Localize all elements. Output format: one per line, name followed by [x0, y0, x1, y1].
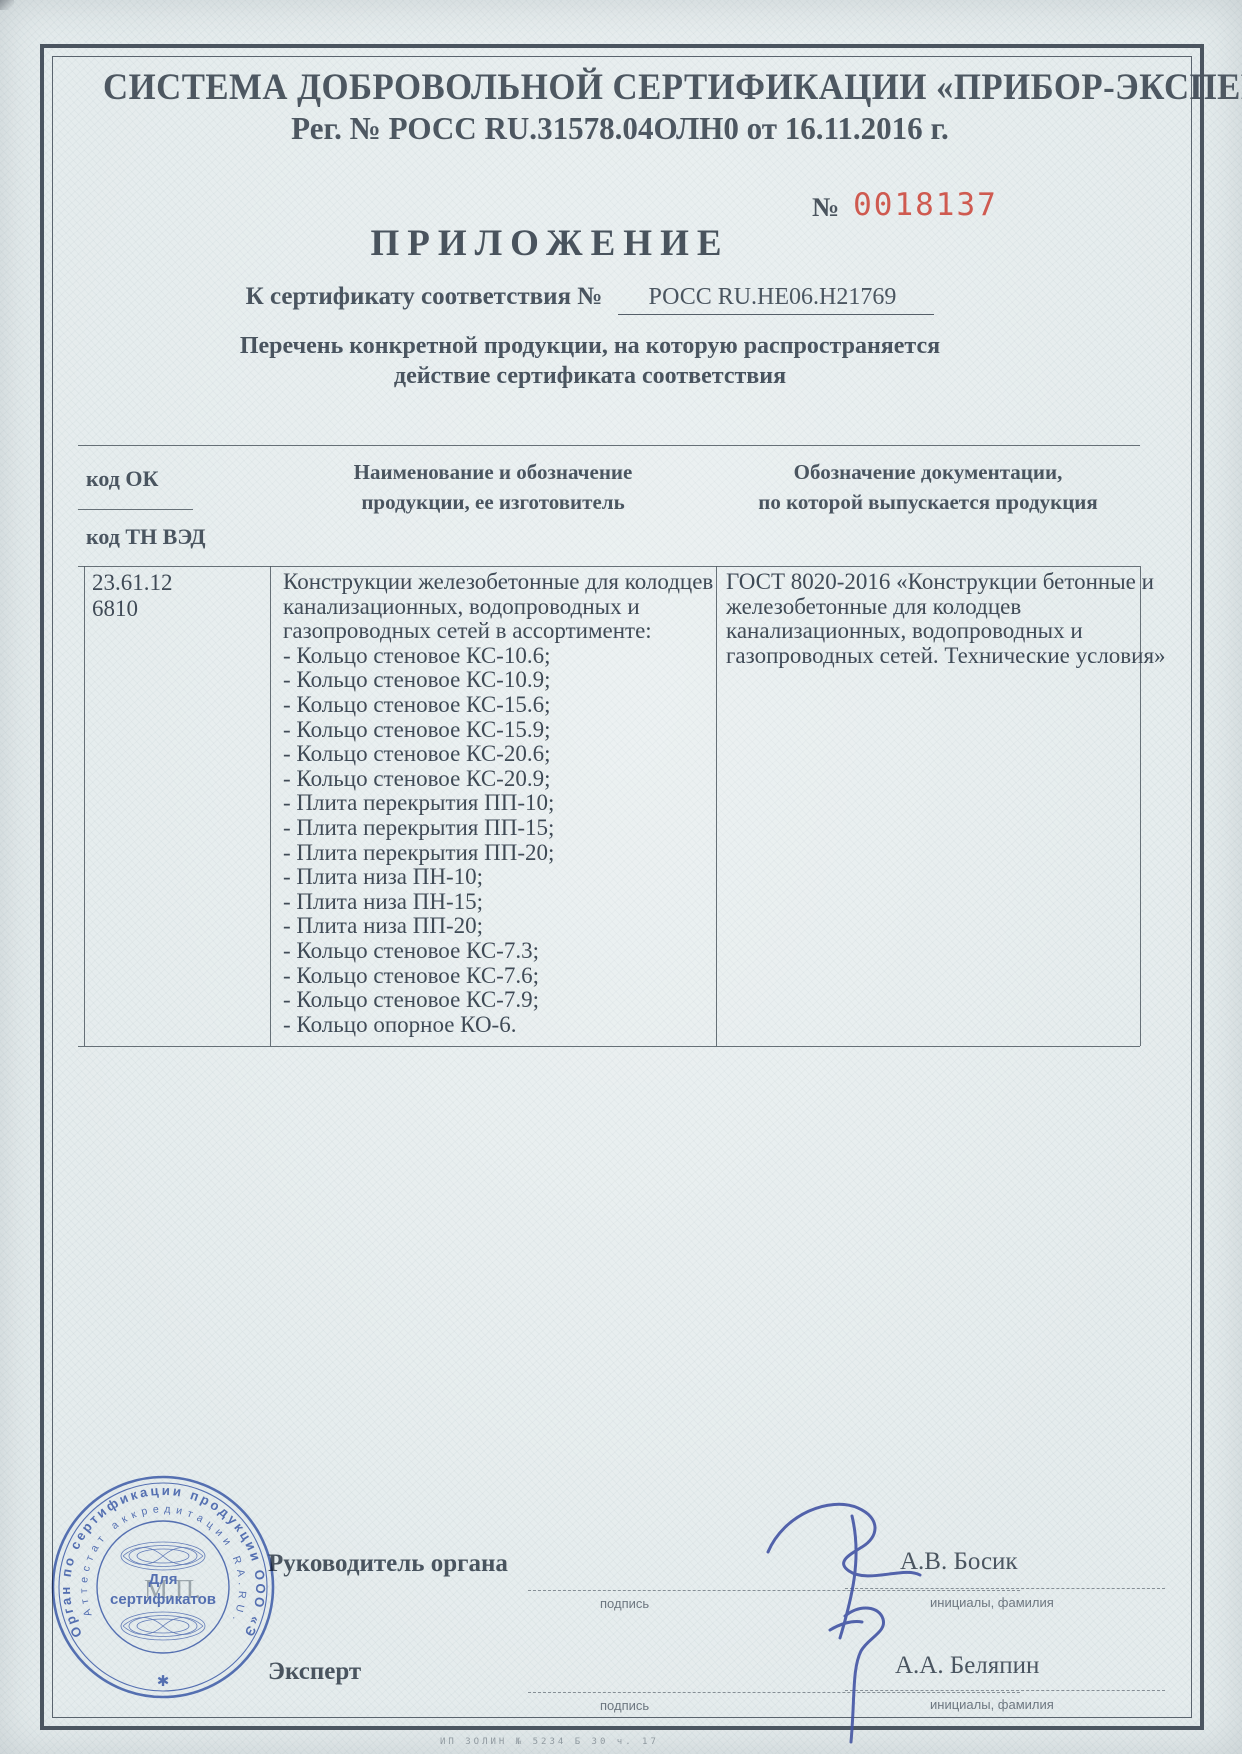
product-item: - Кольцо стеновое КС-7.6; — [283, 964, 713, 989]
product-item: - Плита низа ПН-15; — [283, 890, 713, 915]
col2-header-line2: продукции, ее изготовитель — [270, 490, 716, 515]
product-intro-line: канализационных, водопроводных и — [283, 595, 713, 620]
product-item: - Плита перекрытия ПП-10; — [283, 791, 713, 816]
product-item: - Плита перекрытия ПП-20; — [283, 841, 713, 866]
certificate-page: СИСТЕМА ДОБРОВОЛЬНОЙ СЕРТИФИКАЦИИ «ПРИБО… — [0, 0, 1242, 1754]
product-item: - Кольцо стеновое КС-20.9; — [283, 767, 713, 792]
product-description: Конструкции железобетонные для колодцевк… — [283, 570, 713, 1037]
col1-header-bottom: код ТН ВЭД — [86, 524, 206, 550]
product-item: - Кольцо стеновое КС-7.3; — [283, 939, 713, 964]
stamp-outer-ring-text: Орган по сертификации продукции ООО «Экс… — [48, 1468, 268, 1640]
documentation-line: газопроводных сетей. Технические условия… — [726, 644, 1166, 669]
head-signature-stroke — [768, 1504, 920, 1576]
table-divider-1 — [270, 566, 271, 1046]
stamp-center-line2: сертификатов — [110, 1591, 216, 1608]
certificate-reference-label: К сертификату соответствия № — [246, 283, 603, 310]
stamp-rosette-bottom — [121, 1612, 205, 1640]
product-item: - Кольцо стеновое КС-7.9; — [283, 988, 713, 1013]
product-item: - Плита низа ПП-20; — [283, 914, 713, 939]
code-tnved-value: 6810 — [92, 596, 138, 622]
scan-corner-artifact — [0, 0, 14, 10]
product-item: - Кольцо стеновое КС-15.6; — [283, 693, 713, 718]
certificate-reference: К сертификату соответствия №РОСС RU.НЕ06… — [40, 283, 1140, 315]
col3-header-line2: по которой выпускается продукция — [716, 490, 1140, 515]
expert-signature-hook — [830, 1621, 862, 1630]
product-intro-line: газопроводных сетей в ассортименте: — [283, 619, 713, 644]
stamp-center-line1: Для — [149, 1571, 178, 1588]
product-intro-lines: Конструкции железобетонные для колодцевк… — [283, 570, 713, 644]
table-divider-2 — [716, 566, 717, 1046]
blank-number-label: № — [812, 192, 839, 222]
product-item: - Кольцо стеновое КС-20.6; — [283, 742, 713, 767]
product-list: - Кольцо стеновое КС-10.6;- Кольцо стено… — [283, 644, 713, 1038]
table-header-rule — [78, 566, 1140, 567]
handwritten-signatures — [500, 1470, 1080, 1754]
stamp-star: ✱ — [157, 1673, 170, 1690]
page-title: ПРИЛОЖЕНИЕ — [150, 222, 950, 265]
head-of-body-label: Руководитель органа — [268, 1550, 508, 1578]
product-item: - Кольцо стеновое КС-15.9; — [283, 718, 713, 743]
subtitle-line1: Перечень конкретной продукции, на котору… — [40, 333, 1140, 360]
product-item: - Кольцо опорное КО-6. — [283, 1013, 713, 1038]
product-intro-line: Конструкции железобетонные для колодцев — [283, 570, 713, 595]
col1-header-divider — [78, 509, 193, 510]
product-item: - Плита низа ПН-10; — [283, 865, 713, 890]
head-signature-descender — [840, 1516, 856, 1638]
documentation-reference: ГОСТ 8020-2016 «Конструкции бетонные иже… — [726, 570, 1166, 668]
subtitle-line2: действие сертификата соответствия — [40, 363, 1140, 390]
product-item: - Кольцо стеновое КС-10.9; — [283, 668, 713, 693]
table-left-border — [84, 566, 85, 1046]
table-bottom-rule — [78, 1046, 1140, 1047]
documentation-line: канализационных, водопроводных и — [726, 619, 1166, 644]
product-item: - Плита перекрытия ПП-15; — [283, 816, 713, 841]
expert-signature-stroke — [845, 1608, 884, 1742]
blank-number-digits: 0018137 — [853, 187, 998, 223]
col1-header-top: код ОК — [86, 466, 158, 492]
code-ok-value: 23.61.12 — [92, 570, 173, 596]
documentation-line: ГОСТ 8020-2016 «Конструкции бетонные и — [726, 570, 1166, 595]
documentation-line: железобетонные для колодцев — [726, 595, 1166, 620]
col3-header-line1: Обозначение документации, — [716, 460, 1140, 485]
certification-system-title: СИСТЕМА ДОБРОВОЛЬНОЙ СЕРТИФИКАЦИИ «ПРИБО… — [103, 66, 1137, 109]
col2-header-line1: Наименование и обозначение — [270, 460, 716, 485]
table-top-rule — [78, 445, 1140, 446]
stamp-rosette-top — [121, 1542, 205, 1570]
registration-number-line: Рег. № РОСС RU.31578.04ОЛН0 от 16.11.201… — [87, 110, 1154, 147]
product-item: - Кольцо стеновое КС-10.6; — [283, 644, 713, 669]
certification-stamp: М.П. Орган по сертификации продукции ООО… — [48, 1468, 284, 1708]
certificate-number: РОСС RU.НЕ06.Н21769 — [618, 284, 934, 315]
blank-number: №0018137 — [812, 188, 998, 224]
